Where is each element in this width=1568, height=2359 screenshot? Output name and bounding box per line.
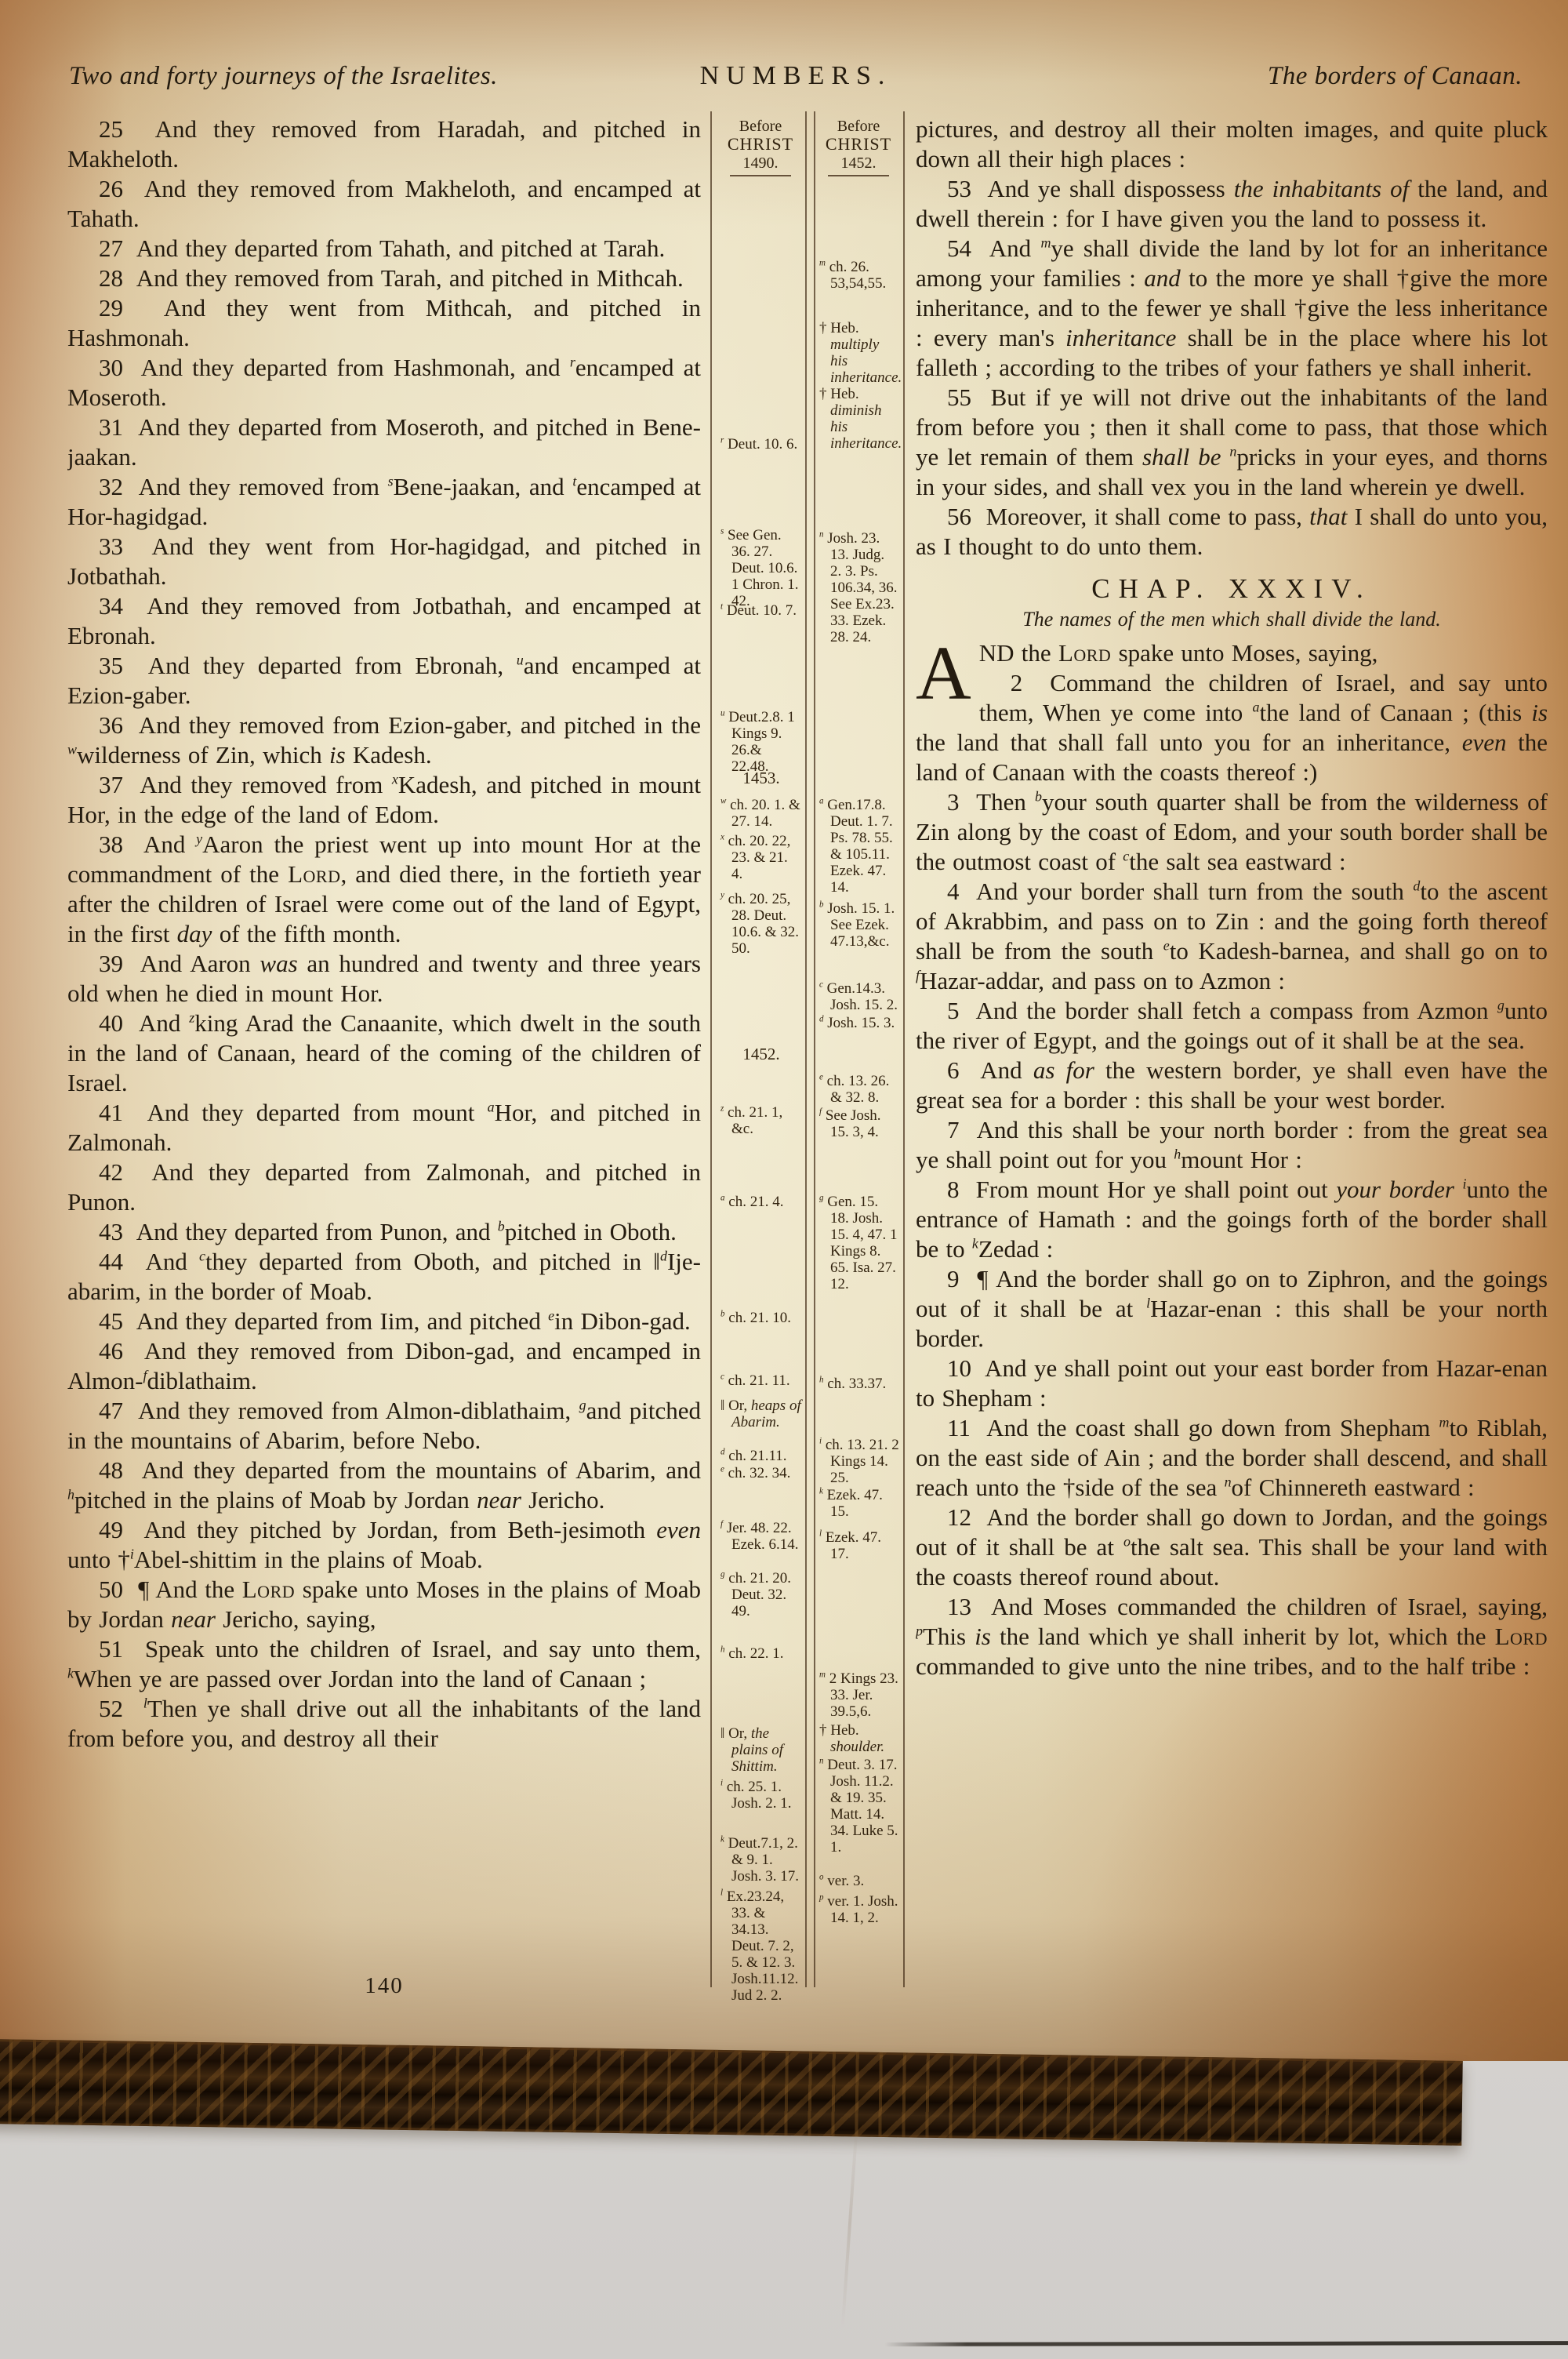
- verse-47: 47 And they removed from Almon-diblathai…: [67, 1396, 701, 1456]
- verse-35: 35 And they departed from Ebronah, uand …: [67, 651, 701, 711]
- margin-ref: b Josh. 15. 1. See Ezek. 47.13,&c.: [819, 900, 899, 950]
- margin-ref: u Deut.2.8. 1 Kings 9. 26.& 22.48.: [720, 709, 802, 775]
- verse-29: 29 And they went from Mithcah, and pitch…: [67, 293, 701, 353]
- margin-ref: i ch. 13. 21. 2 Kings 14. 25.: [819, 1437, 899, 1486]
- margin-ref: ‖ Or, heaps of Abarim.: [720, 1398, 802, 1430]
- margin-ref: t Deut. 10. 7.: [720, 602, 802, 619]
- column-rule-right: [903, 111, 905, 1987]
- verse-38: 38 And yAaron the priest went up into mo…: [67, 830, 701, 949]
- margin-ref: p ver. 1. Josh. 14. 1, 2.: [819, 1893, 899, 1926]
- verse-37: 37 And they removed from xKadesh, and pi…: [67, 770, 701, 830]
- margin-ref: m ch. 26. 53,54,55.: [819, 259, 899, 292]
- margin-ref: g ch. 21. 20. Deut. 32. 49.: [720, 1570, 802, 1619]
- verse-32: 32 And they removed from sBene-jaakan, a…: [67, 472, 701, 532]
- verse-31: 31 And they departed from Moseroth, and …: [67, 413, 701, 472]
- margin-ref: ‖ Or, the plains of Shittim.: [720, 1725, 802, 1775]
- margin-ref: d ch. 21.11.: [720, 1448, 802, 1464]
- margin-ref: y ch. 20. 25, 28. Deut. 10.6. & 32. 50.: [720, 891, 802, 957]
- margin-ref: z ch. 21. 1, &c.: [720, 1104, 802, 1137]
- chapter-heading: CHAP. XXXIV.: [916, 574, 1548, 604]
- margin-ref: w ch. 20. 1. & 27. 14.: [720, 797, 802, 830]
- margin-ref: x ch. 20. 22, 23. & 21. 4.: [720, 833, 802, 882]
- margin-ref: n Josh. 23. 13. Judg. 2. 3. Ps. 106.34, …: [819, 530, 899, 645]
- header-rule: [828, 175, 889, 176]
- verse-5: 5 And the border shall fetch a compass f…: [916, 996, 1548, 1056]
- running-head-right: The borders of Canaan.: [891, 62, 1523, 91]
- margin-ref: k Deut.7.1, 2. & 9. 1. Josh. 3. 17.: [720, 1835, 802, 1885]
- bottom-edge-line: [884, 2341, 1568, 2346]
- verse-8: 8 From mount Hor ye shall point out your…: [916, 1175, 1548, 1264]
- verse-39: 39 And Aaron was an hundred and twenty a…: [67, 949, 701, 1009]
- margin-ref: m 2 Kings 23. 33. Jer. 39.5,6.: [819, 1670, 899, 1720]
- margin-ref: l Ex.23.24, 33. & 34.13. Deut. 7. 2, 5. …: [720, 1888, 802, 2004]
- verse-52-continuation: pictures, and destroy all their molten i…: [916, 114, 1548, 174]
- margin-ref: l Ezek. 47. 17.: [819, 1529, 899, 1562]
- photo-scene: Two and forty journeys of the Israelites…: [0, 0, 1568, 2359]
- verse-30: 30 And they departed from Hashmonah, and…: [67, 353, 701, 413]
- verse-46: 46 And they removed from Dibon-gad, and …: [67, 1336, 701, 1396]
- verse-44: 44 And cthey departed from Oboth, and pi…: [67, 1247, 701, 1307]
- verse-2: 2 Command the children of Israel, and sa…: [916, 668, 1548, 787]
- verse-11: 11 And the coast shall go down from Shep…: [916, 1413, 1548, 1503]
- verse-51: 51 Speak unto the children of Israel, an…: [67, 1634, 701, 1694]
- drop-cap: A: [916, 638, 979, 704]
- margin-ref: c ch. 21. 11.: [720, 1372, 802, 1389]
- verse-10: 10 And ye shall point out your east bord…: [916, 1354, 1548, 1413]
- bible-page: Two and forty journeys of the Israelites…: [0, 0, 1568, 2061]
- surface-crease: [841, 2117, 859, 2329]
- verse-54: 54 And mye shall divide the land by lot …: [916, 234, 1548, 383]
- margin-ref: † Heb. multiply his inheritance.: [819, 320, 899, 386]
- left-text-column: 25 And they removed from Haradah, and pi…: [67, 114, 701, 1997]
- verse-12: 12 And the border shall go down to Jorda…: [916, 1503, 1548, 1592]
- verse-33: 33 And they went from Hor-hagidgad, and …: [67, 532, 701, 591]
- verse-56: 56 Moreover, it shall come to pass, that…: [916, 502, 1548, 562]
- margin-ref: i ch. 25. 1. Josh. 2. 1.: [720, 1779, 802, 1812]
- verse-4: 4 And your border shall turn from the so…: [916, 877, 1548, 996]
- verse-42: 42 And they departed from Zalmonah, and …: [67, 1158, 701, 1217]
- verse-1: AND the Lord spake unto Moses, saying,: [916, 638, 1548, 668]
- margin-ref: a ch. 21. 4.: [720, 1194, 802, 1210]
- verse-27: 27 And they departed from Tahath, and pi…: [67, 234, 701, 264]
- margin-year: 1452.: [720, 1046, 802, 1063]
- margin-refs-left: Before CHRIST 1490. r Deut. 10. 6. s See…: [717, 0, 804, 2061]
- margin-ref: s See Gen. 36. 27. Deut. 10.6. 1 Chron. …: [720, 527, 802, 609]
- verse-36: 36 And they removed from Ezion-gaber, an…: [67, 711, 701, 770]
- before-christ-header-left: Before CHRIST 1490.: [717, 118, 804, 176]
- margin-ref: c Gen.14.3. Josh. 15. 2.: [819, 980, 899, 1013]
- margin-ref: f Jer. 48. 22. Ezek. 6.14.: [720, 1520, 802, 1553]
- margin-ref: g Gen. 15. 18. Josh. 15. 4, 47. 1 Kings …: [819, 1194, 899, 1292]
- header-rule: [730, 175, 791, 176]
- column-rule-center-double: [805, 111, 815, 1987]
- margin-ref: † Heb. diminish his inheritance.: [819, 386, 899, 452]
- margin-ref: k Ezek. 47. 15.: [819, 1487, 899, 1520]
- margin-ref: o ver. 3.: [819, 1873, 899, 1889]
- verse-53: 53 And ye shall dispossess the inhabitan…: [916, 174, 1548, 234]
- verse-50: 50 ¶ And the Lord spake unto Moses in th…: [67, 1575, 701, 1634]
- verse-49: 49 And they pitched by Jordan, from Beth…: [67, 1515, 701, 1575]
- margin-ref: b ch. 21. 10.: [720, 1310, 802, 1326]
- column-rule-left: [710, 111, 712, 1987]
- verse-40: 40 And zking Arad the Canaanite, which d…: [67, 1009, 701, 1098]
- margin-ref: f See Josh. 15. 3, 4.: [819, 1107, 899, 1140]
- verse-26: 26 And they removed from Makheloth, and …: [67, 174, 701, 234]
- verse-9: 9 ¶ And the border shall go on to Ziphro…: [916, 1264, 1548, 1354]
- verse-41: 41 And they departed from mount aHor, an…: [67, 1098, 701, 1158]
- margin-ref: d Josh. 15. 3.: [819, 1015, 899, 1031]
- verse-55: 55 But if ye will not drive out the inha…: [916, 383, 1548, 502]
- right-text-column: pictures, and destroy all their molten i…: [916, 114, 1548, 1965]
- verse-52: 52 lThen ye shall drive out all the inha…: [67, 1694, 701, 1754]
- margin-refs-right: Before CHRIST 1452. m ch. 26. 53,54,55. …: [816, 0, 901, 2061]
- verse-13: 13 And Moses commanded the children of I…: [916, 1592, 1548, 1681]
- verse-34: 34 And they removed from Jotbathah, and …: [67, 591, 701, 651]
- verse-6: 6 And as for the western border, ye shal…: [916, 1056, 1548, 1115]
- running-head-left: Two and forty journeys of the Israelites…: [69, 62, 700, 91]
- before-christ-header-right: Before CHRIST 1452.: [816, 118, 901, 176]
- margin-ref: a Gen.17.8. Deut. 1. 7. Ps. 78. 55. & 10…: [819, 797, 899, 896]
- margin-ref: r Deut. 10. 6.: [720, 436, 802, 453]
- margin-ref: h ch. 22. 1.: [720, 1645, 802, 1662]
- chapter-subhead: The names of the men which shall divide …: [916, 607, 1548, 632]
- verse-25: 25 And they removed from Haradah, and pi…: [67, 114, 701, 174]
- verse-48: 48 And they departed from the mountains …: [67, 1456, 701, 1515]
- margin-ref: e ch. 13. 26. & 32. 8.: [819, 1073, 899, 1106]
- margin-ref: † Heb. shoulder.: [819, 1722, 899, 1755]
- verse-3: 3 Then byour south quarter shall be from…: [916, 787, 1548, 877]
- page-number: 140: [306, 1973, 463, 1999]
- margin-ref: h ch. 33.37.: [819, 1376, 899, 1392]
- verse-43: 43 And they departed from Punon, and bpi…: [67, 1217, 701, 1247]
- verse-45: 45 And they departed from Iim, and pitch…: [67, 1307, 701, 1336]
- verse-28: 28 And they removed from Tarah, and pitc…: [67, 264, 701, 293]
- margin-ref: e ch. 32. 34.: [720, 1465, 802, 1481]
- margin-ref: n Deut. 3. 17. Josh. 11.2. & 19. 35. Mat…: [819, 1757, 899, 1856]
- verse-7: 7 And this shall be your north border : …: [916, 1115, 1548, 1175]
- margin-year: 1453.: [720, 770, 802, 787]
